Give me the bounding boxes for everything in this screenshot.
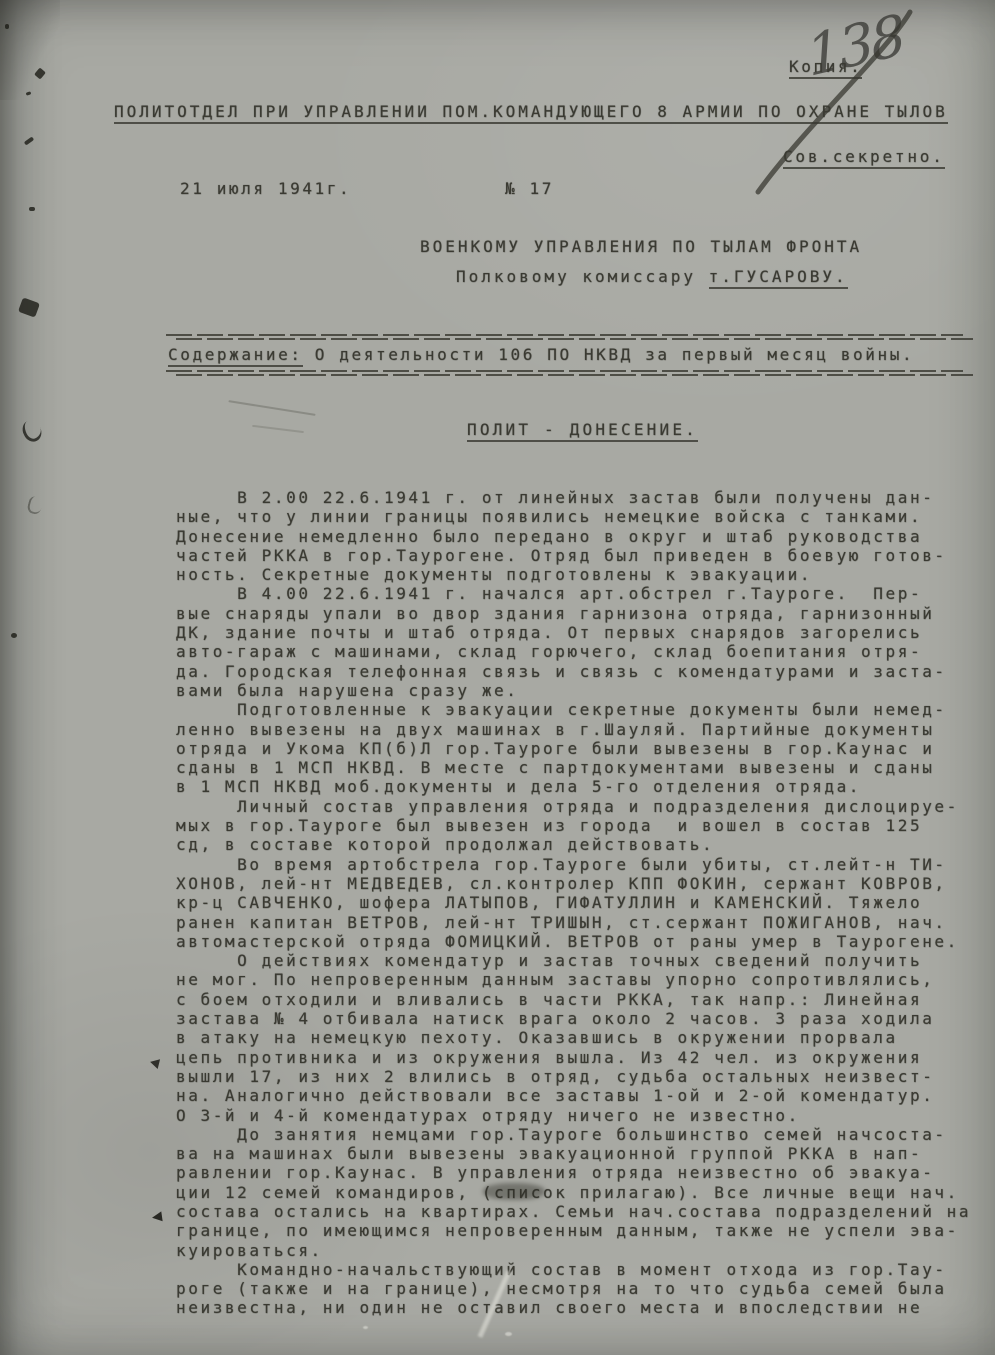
- scanned-document-page: 138 Копия. ПОЛИТОТДЕЛ ПРИ УПРАВЛЕНИИ ПОМ…: [0, 0, 995, 1355]
- report-title: ПОЛИТ - ДОНЕСЕНИЕ.: [467, 420, 698, 439]
- paragraph: Подготовленные к эвакуации секретные док…: [176, 700, 976, 796]
- paragraph: О действиях комендатур и застав точных с…: [176, 951, 976, 1125]
- document-number: № 17: [505, 179, 554, 198]
- org-header: ПОЛИТОТДЕЛ ПРИ УПРАВЛЕНИИ ПОМ.КОМАНДУЮЩЕ…: [114, 102, 948, 121]
- recipient-name: т.ГУСАРОВУ.: [709, 267, 848, 289]
- secrecy-label: Сов.секретно.: [783, 147, 945, 166]
- dashed-rule-bottom: [166, 370, 963, 376]
- copy-label: Копия.: [789, 57, 862, 76]
- subject-label: Содержание:: [168, 345, 303, 367]
- dashed-rule-top: [166, 334, 963, 340]
- margin-wedge-mark: [149, 1057, 160, 1069]
- ink-smudge: [483, 1183, 545, 1200]
- paragraph: В 4.00 22.6.1941 г. начался арт.обстрел …: [176, 584, 976, 700]
- faint-scratch: [228, 400, 315, 416]
- recipient-line2-prefix: Полковому комиссару: [456, 267, 709, 286]
- org-header-text: ПОЛИТОТДЕЛ ПРИ УПРАВЛЕНИИ ПОМ.КОМАНДУЮЩЕ…: [114, 102, 948, 124]
- ink-speck: [5, 24, 9, 29]
- secrecy-label-text: Сов.секретно.: [783, 147, 945, 169]
- report-title-text: ПОЛИТ - ДОНЕСЕНИЕ.: [467, 420, 698, 442]
- light-speck: [505, 1332, 512, 1336]
- ink-speck: [11, 633, 17, 638]
- subject-line: Содержание: О деятельности 106 ПО НКВД з…: [168, 345, 963, 364]
- pencil-scribble-mark: [26, 495, 44, 515]
- ink-speck: [18, 297, 40, 317]
- paragraph: До занятия немцами гор.Тауроге большинст…: [176, 1125, 976, 1260]
- light-speck: [363, 1326, 368, 1329]
- document-date: 21 июля 1941г.: [180, 179, 351, 198]
- scan-corner-shadow: [0, 0, 60, 100]
- ink-speck: [29, 207, 35, 211]
- faint-scratch: [252, 425, 304, 433]
- copy-label-text: Копия.: [789, 57, 862, 79]
- paragraph: Командно-начальствующий состав в момент …: [176, 1260, 976, 1318]
- recipient-line1: ВОЕНКОМУ УПРАВЛЕНИЯ ПО ТЫЛАМ ФРОНТА: [420, 232, 862, 262]
- paragraph: В 2.00 22.6.1941 г. от линейных застав б…: [176, 488, 976, 584]
- subject-block: Содержание: О деятельности 106 ПО НКВД з…: [166, 334, 963, 376]
- ink-speck: [24, 136, 34, 145]
- recipient-line2: Полковому комиссару т.ГУСАРОВУ.: [456, 262, 862, 292]
- subject-text: О деятельности 106 ПО НКВД за первый мес…: [303, 345, 915, 364]
- paragraph: Личный состав управления отряда и подраз…: [176, 797, 976, 855]
- recipient-block: ВОЕНКОМУ УПРАВЛЕНИЯ ПО ТЫЛАМ ФРОНТА Полк…: [420, 232, 862, 292]
- margin-wedge-mark: [151, 1211, 162, 1222]
- pencil-hook-mark: [19, 417, 45, 445]
- paragraph: Во время артобстрела гор.Тауроге были уб…: [176, 855, 976, 951]
- report-body: В 2.00 22.6.1941 г. от линейных застав б…: [176, 488, 976, 1318]
